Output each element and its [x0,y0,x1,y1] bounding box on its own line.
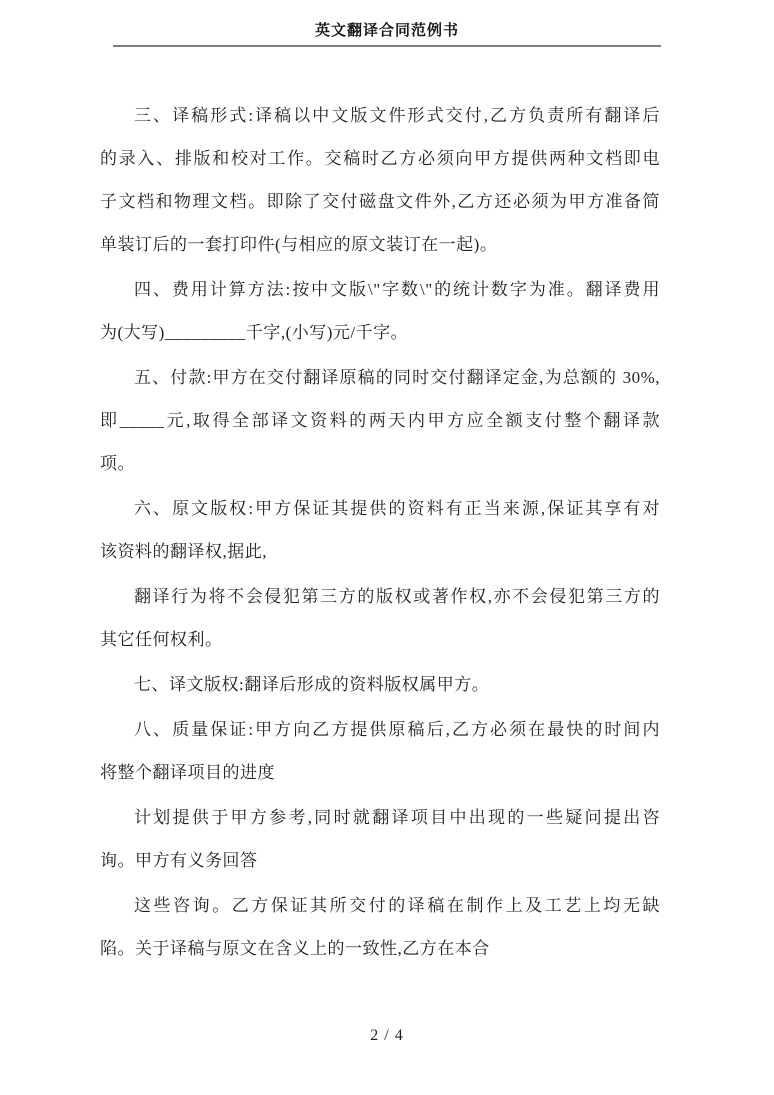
document-body: 三、译稿形式:译稿以中文版文件形式交付,乙方负责所有翻译后 的录入、排版和校对工… [100,94,660,970]
paragraph-5-line-1: 五、付款:甲方在交付翻译原稿的同时交付翻译定金,为总额的 30%, [100,356,660,399]
paragraph-3: 三、译稿形式:译稿以中文版文件形式交付,乙方负责所有翻译后 的录入、排版和校对工… [100,94,660,266]
paragraph-8-continuation-1-line-2: 询。甲方有义务回答 [100,839,660,882]
paragraph-8-line-1: 八、质量保证:甲方向乙方提供原稿后,乙方必须在最快的时间内 [100,708,660,751]
paragraph-8-line-2: 将整个翻译项目的进度 [100,751,660,794]
paragraph-3-line-2: 的录入、排版和校对工作。交稿时乙方必须向甲方提供两种文档即电 [100,137,660,180]
paragraph-8-continuation-1: 计划提供于甲方参考,同时就翻译项目中出现的一些疑问提出咨 询。甲方有义务回答 [100,796,660,882]
page-number: 2 / 4 [0,1026,774,1046]
paragraph-3-line-3: 子文档和物理文档。即除了交付磁盘文件外,乙方还必须为甲方准备简 [100,180,660,223]
document-page: 英文翻译合同范例书 三、译稿形式:译稿以中文版文件形式交付,乙方负责所有翻译后 … [0,0,774,1095]
paragraph-6-line-1: 六、原文版权:甲方保证其提供的资料有正当来源,保证其享有对 [100,487,660,530]
header-divider [113,45,661,47]
paragraph-5: 五、付款:甲方在交付翻译原稿的同时交付翻译定金,为总额的 30%, 即_____… [100,356,660,485]
paragraph-4: 四、费用计算方法:按中文版\"字数\"的统计数字为准。翻译费用 为(大写)___… [100,268,660,354]
paragraph-5-line-3: 项。 [100,442,660,485]
paragraph-3-line-1: 三、译稿形式:译稿以中文版文件形式交付,乙方负责所有翻译后 [100,94,660,137]
paragraph-5-line-2: 即_____元,取得全部译文资料的两天内甲方应全额支付整个翻译款 [100,399,660,442]
paragraph-6-continuation: 翻译行为将不会侵犯第三方的版权或著作权,亦不会侵犯第三方的 其它任何权利。 [100,575,660,661]
paragraph-4-line-1: 四、费用计算方法:按中文版\"字数\"的统计数字为准。翻译费用 [100,268,660,311]
paragraph-6-continuation-line-1: 翻译行为将不会侵犯第三方的版权或著作权,亦不会侵犯第三方的 [100,575,660,618]
paragraph-7-line-1: 七、译文版权:翻译后形成的资料版权属甲方。 [100,663,660,706]
paragraph-6-continuation-line-2: 其它任何权利。 [100,618,660,661]
paragraph-8-continuation-2-line-1: 这些咨询。乙方保证其所交付的译稿在制作上及工艺上均无缺 [100,884,660,927]
paragraph-6-line-2: 该资料的翻译权,据此, [100,530,660,573]
paragraph-6: 六、原文版权:甲方保证其提供的资料有正当来源,保证其享有对 该资料的翻译权,据此… [100,487,660,573]
page-title: 英文翻译合同范例书 [0,23,774,39]
paragraph-8-continuation-2-line-2: 陷。关于译稿与原文在含义上的一致性,乙方在本合 [100,927,660,970]
paragraph-7: 七、译文版权:翻译后形成的资料版权属甲方。 [100,663,660,706]
paragraph-3-line-4: 单装订后的一套打印件(与相应的原文装订在一起)。 [100,223,660,266]
paragraph-8: 八、质量保证:甲方向乙方提供原稿后,乙方必须在最快的时间内 将整个翻译项目的进度 [100,708,660,794]
paragraph-8-continuation-2: 这些咨询。乙方保证其所交付的译稿在制作上及工艺上均无缺 陷。关于译稿与原文在含义… [100,884,660,970]
paragraph-4-line-2: 为(大写)_________千字,(小写)元/千字。 [100,311,660,354]
paragraph-8-continuation-1-line-1: 计划提供于甲方参考,同时就翻译项目中出现的一些疑问提出咨 [100,796,660,839]
